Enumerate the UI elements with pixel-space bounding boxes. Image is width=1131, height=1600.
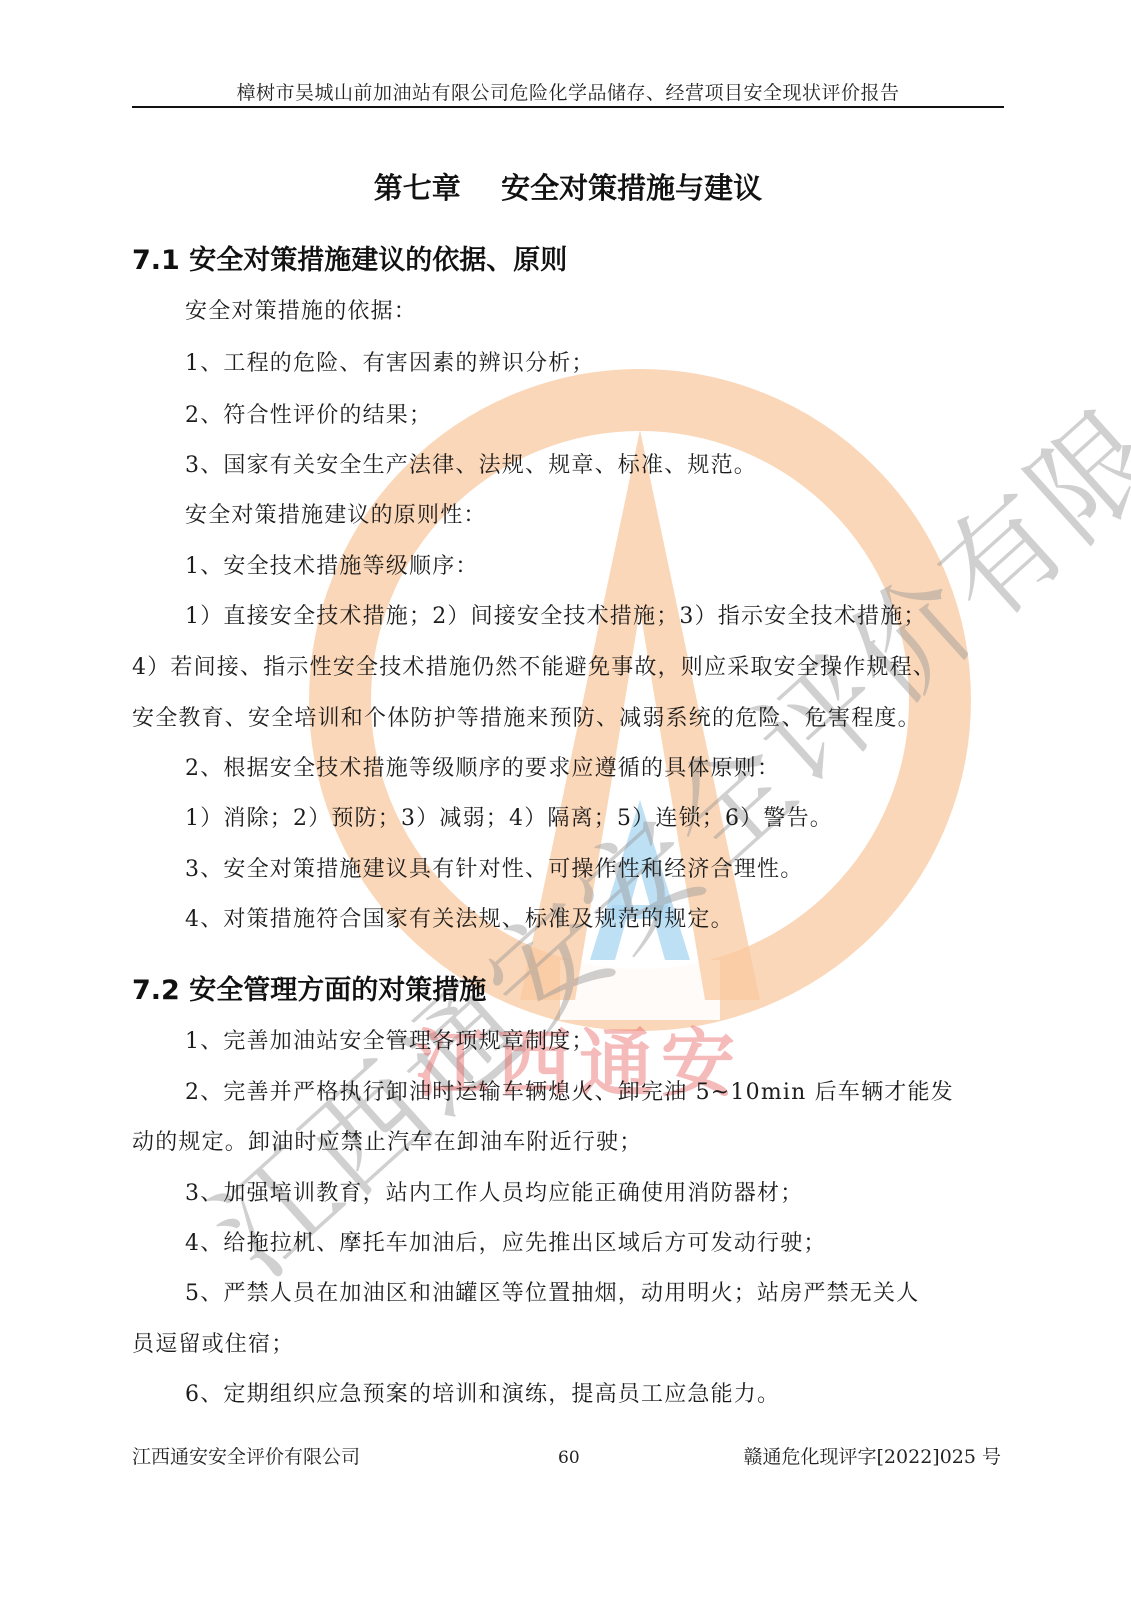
paragraph-line: 4、对策措施符合国家有关法规、标准及规范的规定。: [185, 902, 734, 933]
paragraph-line: 4）若间接、指示性安全技术措施仍然不能避免事故，则应采取安全操作规程、: [132, 650, 936, 681]
paragraph-line: 2、符合性评价的结果；: [185, 398, 432, 429]
footer-page-number: 60: [558, 1448, 580, 1468]
paragraph-line: 3、加强培训教育，站内工作人员均应能正确使用消防器材；: [185, 1176, 803, 1207]
paragraph-line: 1）消除；2）预防；3）减弱；4）隔离；5）连锁；6）警告。: [185, 801, 833, 832]
paragraph-line: 安全对策措施建议的原则性：: [185, 498, 487, 529]
paragraph-line: 4、给拖拉机、摩托车加油后，应先推出区域后方可发动行驶；: [185, 1226, 827, 1257]
running-header: 樟树市吴城山前加油站有限公司危险化学品储存、经营项目安全现状评价报告: [132, 78, 1004, 105]
paragraph-line: 1、安全技术措施等级顺序：: [185, 549, 479, 580]
paragraph-line: 3、国家有关安全生产法律、法规、规章、标准、规范。: [185, 448, 757, 479]
paragraph-line: 1、工程的危险、有害因素的辨识分析；: [185, 346, 595, 377]
header-divider: [132, 106, 1004, 108]
footer-report-number: 赣通危化现评字[2022]025 号: [744, 1442, 1001, 1469]
section-heading-7-1: 7.1 安全对策措施建议的依据、原则: [132, 238, 567, 277]
paragraph-line: 1、完善加油站安全管理各项规章制度；: [185, 1024, 595, 1055]
paragraph-line: 员逗留或住宿；: [132, 1327, 294, 1358]
document-page: 江西通安安全评价有限公司 江西通安 樟树市吴城山前加油站有限公司危险化学品储存、…: [0, 0, 1131, 1600]
paragraph-line: 1）直接安全技术措施；2）间接安全技术措施；3）指示安全技术措施；: [185, 599, 927, 630]
paragraph-line: 安全教育、安全培训和个体防护等措施来预防、减弱系统的危险、危害程度。: [132, 701, 921, 732]
paragraph-line: 安全对策措施的依据：: [185, 294, 417, 325]
paragraph-line: 5、严禁人员在加油区和油罐区等位置抽烟，动用明火；站房严禁无关人: [185, 1276, 919, 1307]
paragraph-line: 2、完善并严格执行卸油时运输车辆熄火、卸完油 5~10min 后车辆才能发: [185, 1075, 954, 1106]
paragraph-line: 2、根据安全技术措施等级顺序的要求应遵循的具体原则：: [185, 751, 780, 782]
paragraph-line: 动的规定。卸油时应禁止汽车在卸油车附近行驶；: [132, 1125, 642, 1156]
paragraph-line: 3、安全对策措施建议具有针对性、可操作性和经济合理性。: [185, 852, 803, 883]
paragraph-line: 6、定期组织应急预案的培训和演练，提高员工应急能力。: [185, 1377, 780, 1408]
section-heading-7-2: 7.2 安全管理方面的对策措施: [132, 968, 486, 1007]
footer-company: 江西通安安全评价有限公司: [132, 1442, 360, 1469]
chapter-title: 第七章 安全对策措施与建议: [132, 166, 1004, 207]
content: 樟树市吴城山前加油站有限公司危险化学品储存、经营项目安全现状评价报告 第七章 安…: [0, 0, 1131, 1600]
